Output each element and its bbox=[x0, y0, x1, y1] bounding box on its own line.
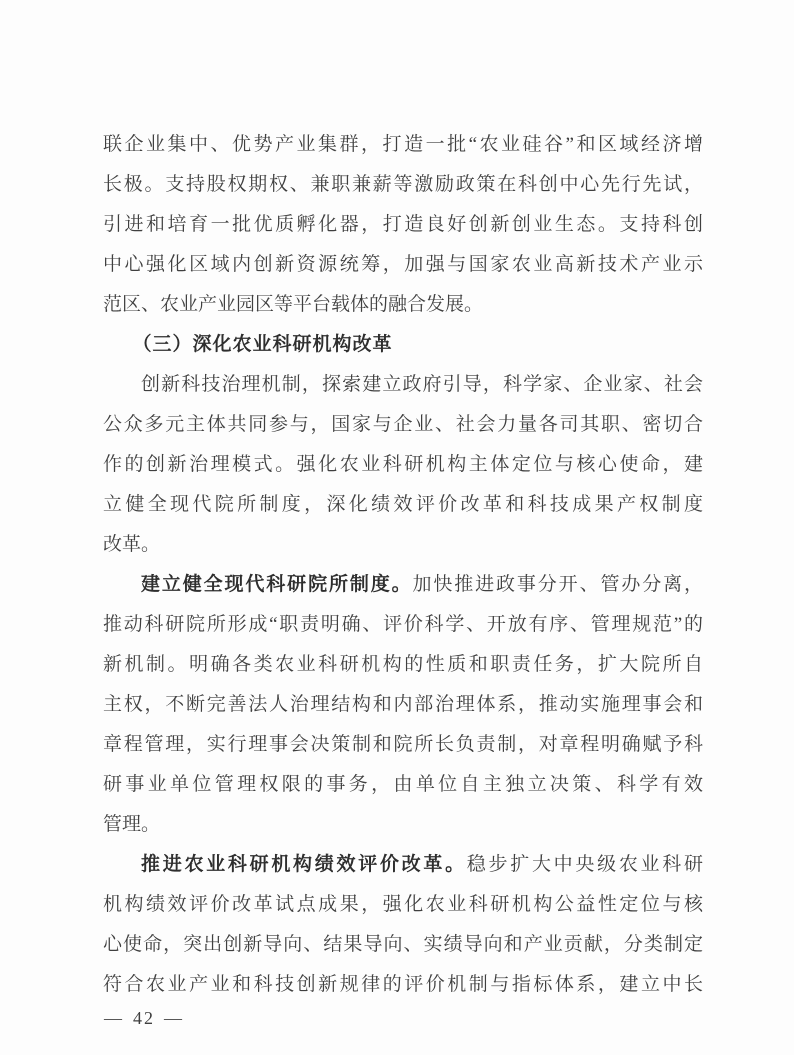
body-text: 公众多元主体共同参与，国家与企业、社会力量各司其职、密切合 bbox=[103, 414, 703, 435]
text-line: 中心强化区域内创新资源统筹，加强与国家农业高新技术产业示 bbox=[103, 245, 703, 285]
body-text: 引进和培育一批优质孵化器，打造良好创新创业生态。支持科创 bbox=[103, 214, 703, 235]
body-text: 推动科研院所形成“职责明确、评价科学、开放有序、管理规范”的 bbox=[103, 614, 703, 635]
body-text: 机构绩效评价改革试点成果，强化农业科研机构公益性定位与核 bbox=[103, 894, 703, 915]
body-text: 管理。 bbox=[103, 814, 160, 835]
body-text: 作的创新治理模式。强化农业科研机构主体定位与核心使命，建 bbox=[103, 454, 703, 475]
footer-dash-right: — bbox=[164, 1008, 184, 1028]
body-text: 中心强化区域内创新资源统筹，加强与国家农业高新技术产业示 bbox=[103, 254, 703, 275]
text-line: 引进和培育一批优质孵化器，打造良好创新创业生态。支持科创 bbox=[103, 205, 703, 245]
body-text: 新机制。明确各类农业科研机构的性质和职责任务，扩大院所自 bbox=[103, 654, 703, 675]
body-text: 范区、农业产业园区等平台载体的融合发展。 bbox=[103, 294, 483, 315]
text-line: 公众多元主体共同参与，国家与企业、社会力量各司其职、密切合 bbox=[103, 405, 703, 445]
text-line: 推进农业科研机构绩效评价改革。稳步扩大中央级农业科研 bbox=[103, 845, 703, 885]
bold-lead-text: 推进农业科研机构绩效评价改革。 bbox=[141, 854, 467, 875]
body-text: 创新科技治理机制，探索建立政府引导，科学家、企业家、社会 bbox=[141, 374, 703, 395]
body-text: 加快推进政事分开、管办分离， bbox=[413, 574, 704, 595]
bold-lead-text: 建立健全现代科研院所制度。 bbox=[141, 574, 413, 595]
document-page: 联企业集中、优势产业集群，打造一批“农业硅谷”和区域经济增长极。支持股权期权、兼… bbox=[0, 0, 794, 1055]
footer-dash-left: — bbox=[104, 1008, 124, 1028]
bold-lead-text: （三）深化农业科研机构改革 bbox=[132, 334, 392, 355]
text-line: 心使命，突出创新导向、结果导向、实绩导向和产业贡献，分类制定 bbox=[103, 925, 703, 965]
page-footer: —42— bbox=[104, 1006, 184, 1030]
text-line: 管理。 bbox=[103, 805, 703, 845]
text-line: 主权，不断完善法人治理结构和内部治理体系，推动实施理事会和 bbox=[103, 685, 703, 725]
text-line: 符合农业产业和科技创新规律的评价机制与指标体系，建立中长 bbox=[103, 965, 703, 1005]
text-line: 推动科研院所形成“职责明确、评价科学、开放有序、管理规范”的 bbox=[103, 605, 703, 645]
page-number: 42 bbox=[124, 1008, 164, 1028]
text-line: 机构绩效评价改革试点成果，强化农业科研机构公益性定位与核 bbox=[103, 885, 703, 925]
text-line: 创新科技治理机制，探索建立政府引导，科学家、企业家、社会 bbox=[103, 365, 703, 405]
text-line: 建立健全现代科研院所制度。加快推进政事分开、管办分离， bbox=[103, 565, 703, 605]
body-text: 主权，不断完善法人治理结构和内部治理体系，推动实施理事会和 bbox=[103, 694, 703, 715]
body-text: 立健全现代院所制度，深化绩效评价改革和科技成果产权制度 bbox=[103, 494, 703, 515]
body-text: 心使命，突出创新导向、结果导向、实绩导向和产业贡献，分类制定 bbox=[103, 934, 703, 955]
text-line: 联企业集中、优势产业集群，打造一批“农业硅谷”和区域经济增 bbox=[103, 125, 703, 165]
body-text: 研事业单位管理权限的事务，由单位自主独立决策、科学有效 bbox=[103, 774, 703, 795]
text-line: 作的创新治理模式。强化农业科研机构主体定位与核心使命，建 bbox=[103, 445, 703, 485]
document-body: 联企业集中、优势产业集群，打造一批“农业硅谷”和区域经济增长极。支持股权期权、兼… bbox=[103, 125, 703, 1005]
body-text: 符合农业产业和科技创新规律的评价机制与指标体系，建立中长 bbox=[103, 974, 703, 995]
text-line: 改革。 bbox=[103, 525, 703, 565]
body-text: 联企业集中、优势产业集群，打造一批“农业硅谷”和区域经济增 bbox=[103, 134, 703, 155]
section-heading: （三）深化农业科研机构改革 bbox=[103, 325, 703, 365]
text-line: 范区、农业产业园区等平台载体的融合发展。 bbox=[103, 285, 703, 325]
body-text: 章程管理，实行理事会决策制和院所长负责制，对章程明确赋予科 bbox=[103, 734, 703, 755]
body-text: 长极。支持股权期权、兼职兼薪等激励政策在科创中心先行先试， bbox=[103, 174, 703, 195]
text-line: 新机制。明确各类农业科研机构的性质和职责任务，扩大院所自 bbox=[103, 645, 703, 685]
body-text: 稳步扩大中央级农业科研 bbox=[467, 854, 703, 875]
text-line: 研事业单位管理权限的事务，由单位自主独立决策、科学有效 bbox=[103, 765, 703, 805]
text-line: 章程管理，实行理事会决策制和院所长负责制，对章程明确赋予科 bbox=[103, 725, 703, 765]
body-text: 改革。 bbox=[103, 534, 160, 555]
text-line: 立健全现代院所制度，深化绩效评价改革和科技成果产权制度 bbox=[103, 485, 703, 525]
text-line: 长极。支持股权期权、兼职兼薪等激励政策在科创中心先行先试， bbox=[103, 165, 703, 205]
